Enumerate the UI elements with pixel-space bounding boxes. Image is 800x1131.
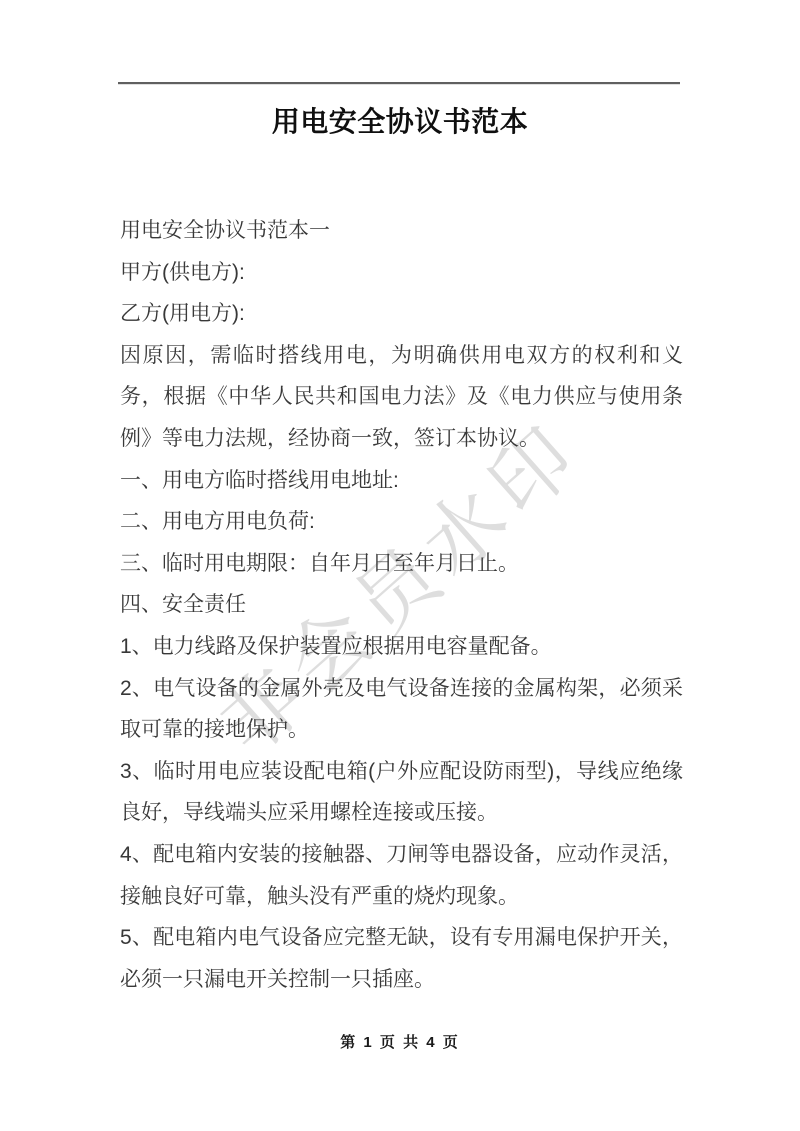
paragraph: 三、临时用电期限：自年月日至年月日止。 bbox=[120, 543, 683, 585]
paragraph: 因原因，需临时搭线用电，为明确供用电双方的权利和义务，根据《中华人民共和国电力法… bbox=[120, 335, 683, 460]
header-rule bbox=[118, 82, 680, 84]
paragraph: 1、电力线路及保护装置应根据用电容量配备。 bbox=[120, 626, 683, 668]
paragraph: 5、配电箱内电气设备应完整无缺，设有专用漏电保护开关，必须一只漏电开关控制一只插… bbox=[120, 917, 683, 1000]
paragraph: 用电安全协议书范本一 bbox=[120, 210, 683, 252]
page-number: 第 1 页 共 4 页 bbox=[0, 1031, 800, 1052]
paragraph: 乙方(用电方): bbox=[120, 293, 683, 335]
document-body: 用电安全协议书范本一 甲方(供电方): 乙方(用电方): 因原因，需临时搭线用电… bbox=[120, 210, 683, 1000]
paragraph: 2、电气设备的金属外壳及电气设备连接的金属构架，必须采取可靠的接地保护。 bbox=[120, 668, 683, 751]
paragraph: 4、配电箱内安装的接触器、刀闸等电器设备，应动作灵活，接触良好可靠，触头没有严重… bbox=[120, 834, 683, 917]
page-title: 用电安全协议书范本 bbox=[0, 100, 800, 140]
paragraph: 二、用电方用电负荷: bbox=[120, 501, 683, 543]
paragraph: 甲方(供电方): bbox=[120, 252, 683, 294]
paragraph: 四、安全责任 bbox=[120, 584, 683, 626]
paragraph: 3、临时用电应装设配电箱(户外应配设防雨型)，导线应绝缘良好，导线端头应采用螺栓… bbox=[120, 751, 683, 834]
paragraph: 一、用电方临时搭线用电地址: bbox=[120, 460, 683, 502]
document-page: 用电安全协议书范本 非会员水印 用电安全协议书范本一 甲方(供电方): 乙方(用… bbox=[0, 0, 800, 1131]
